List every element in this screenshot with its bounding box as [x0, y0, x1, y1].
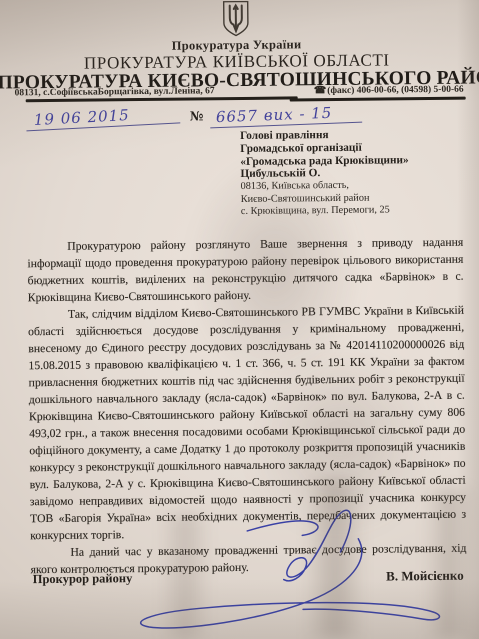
handwritten-date: 19 06 2015 — [25, 103, 180, 131]
signer-title: Прокурор району — [33, 571, 133, 588]
signature-row: Прокурор району В. Мойсієнко — [33, 568, 464, 589]
document-photo: Прокуратура України ПРОКУРАТУРА КИЇВСЬКО… — [0, 0, 479, 639]
letter-body: Прокуратурою району розглянуто Ваше звер… — [27, 234, 467, 579]
recipient-line: «Громадська рада Крюківщини» — [240, 154, 408, 169]
letter-sheet: Прокуратура України ПРОКУРАТУРА КИЇВСЬКО… — [0, 0, 479, 639]
org-phone: ☎(факс) 406-00-66, (04598) 5-00-66 — [314, 84, 464, 97]
number-sign: № — [190, 108, 204, 123]
handwritten-outgoing-number: 6657 вих - 15 — [209, 103, 362, 129]
letterhead-rule-right — [290, 97, 466, 102]
paragraph-investigation: Так, слідчим відділом Києво-Святошинсько… — [28, 302, 466, 545]
org-phone-number: (факс) 406-00-66, (04598) 5-00-66 — [327, 85, 463, 96]
reference-line: 19 06 2015 № 6657 вих - 15 — [26, 105, 362, 129]
ukraine-trident-emblem-icon — [221, 1, 251, 37]
paragraph-intro: Прокуратурою району розглянуто Ваше звер… — [27, 234, 464, 307]
signer-name: В. Мойсієнко — [386, 568, 464, 585]
recipient-block: Голові правління Громадської організації… — [240, 128, 409, 219]
telephone-fax-icon: ☎ — [314, 85, 327, 96]
recipient-address-line: с. Крюківщина, вул. Перемоги, 25 — [241, 205, 409, 219]
